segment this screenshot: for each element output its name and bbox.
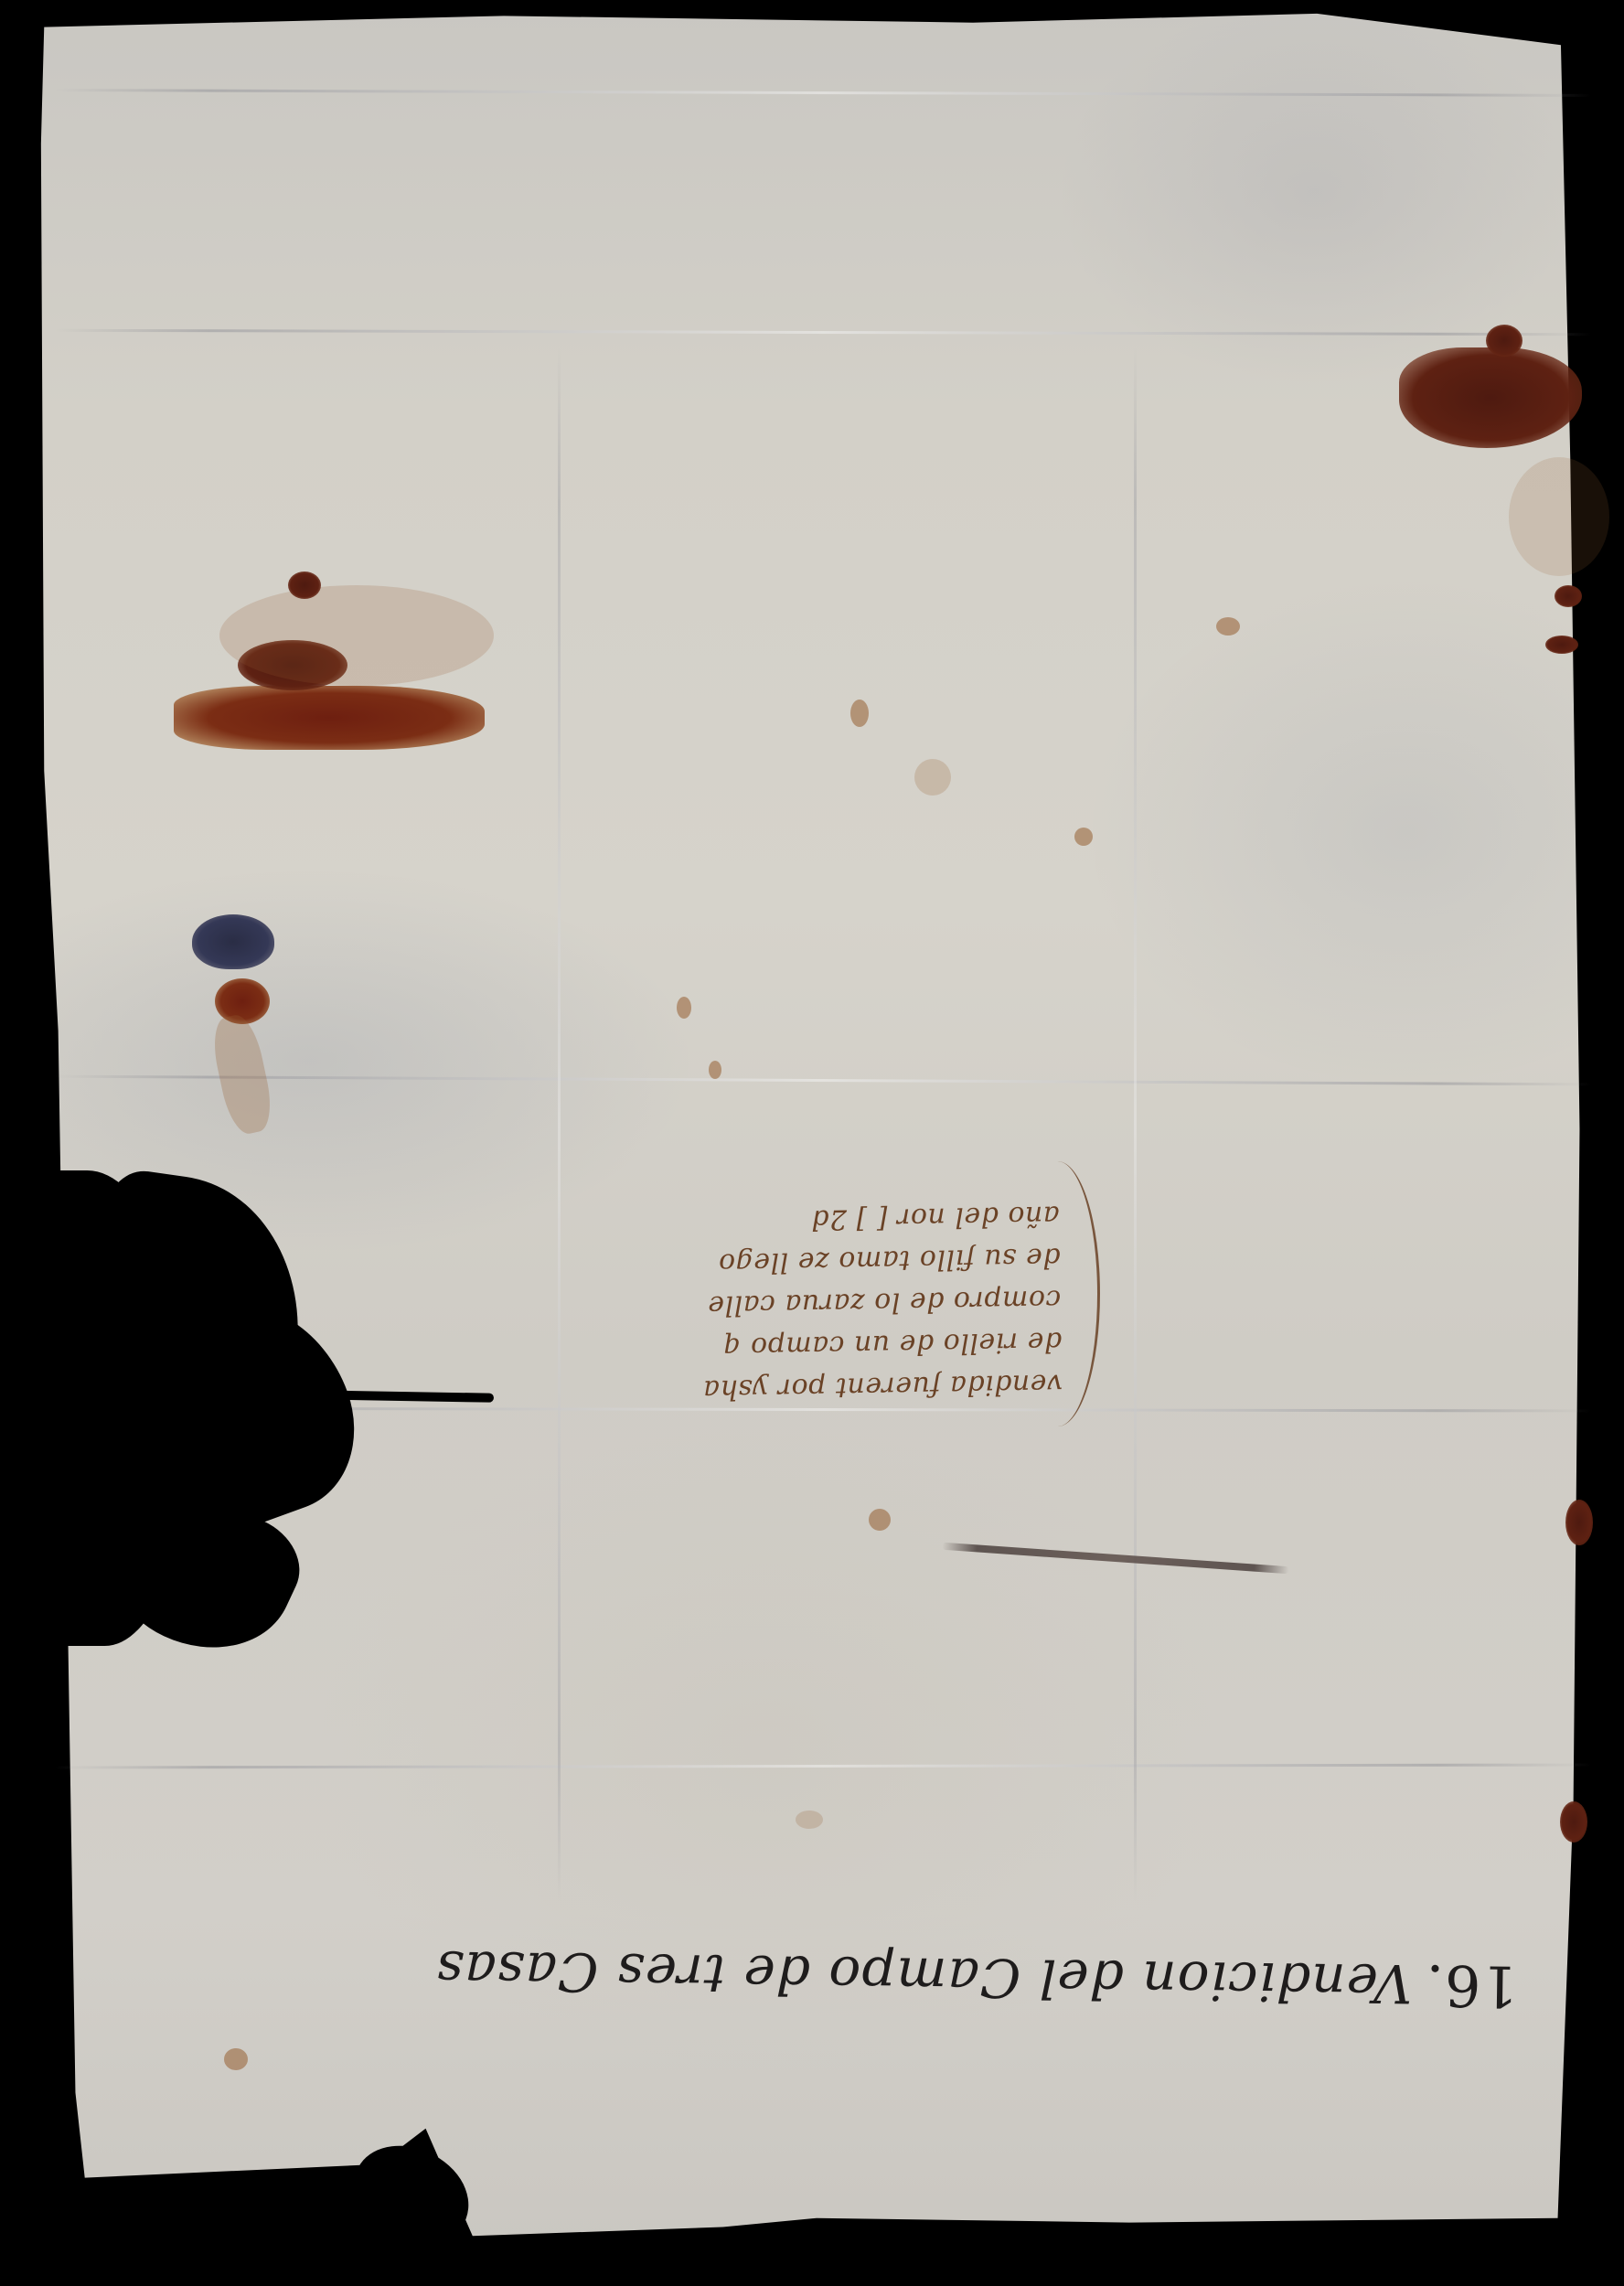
rust-speck: [1545, 636, 1578, 654]
speck: [1216, 617, 1240, 636]
speck: [224, 2048, 248, 2070]
fold-line-vertical: [1134, 347, 1137, 1902]
speck: [869, 1509, 891, 1531]
rust-speck: [1560, 1801, 1587, 1843]
fold-line-vertical: [558, 347, 561, 1902]
docket-title: 16.Vendicion del Campo de tres Casas: [621, 1923, 1518, 2036]
stain-halo: [219, 585, 494, 686]
endorsement-line: compro de lo zarua calle: [585, 1277, 1062, 1328]
endorsement-line: de su fillo tamo ze llego: [584, 1235, 1061, 1286]
speck: [850, 700, 869, 727]
endorsement-line: de riello de un campo q: [586, 1319, 1063, 1370]
blue-ink-blot: [192, 914, 274, 969]
speck: [709, 1061, 721, 1079]
rust-stain: [174, 686, 485, 750]
docket-number: 16.: [1425, 1951, 1519, 2019]
speck: [1074, 828, 1093, 846]
rust-stain: [1486, 325, 1522, 357]
rust-stain: [288, 571, 321, 599]
endorsement-inscription: vendida fuerent por ysha de riello de un…: [583, 1157, 1063, 1412]
speck: [914, 759, 951, 796]
endorsement-line: año del nor [ ] 2d: [583, 1193, 1060, 1244]
rust-speck: [1565, 1500, 1593, 1545]
speck: [677, 997, 691, 1019]
parchment-sheet: [35, 9, 1598, 2249]
water-stain: [1509, 457, 1609, 576]
rust-speck: [1555, 585, 1582, 607]
endorsement-line: vendida fuerent por ysha: [587, 1362, 1063, 1412]
speck: [796, 1811, 823, 1829]
